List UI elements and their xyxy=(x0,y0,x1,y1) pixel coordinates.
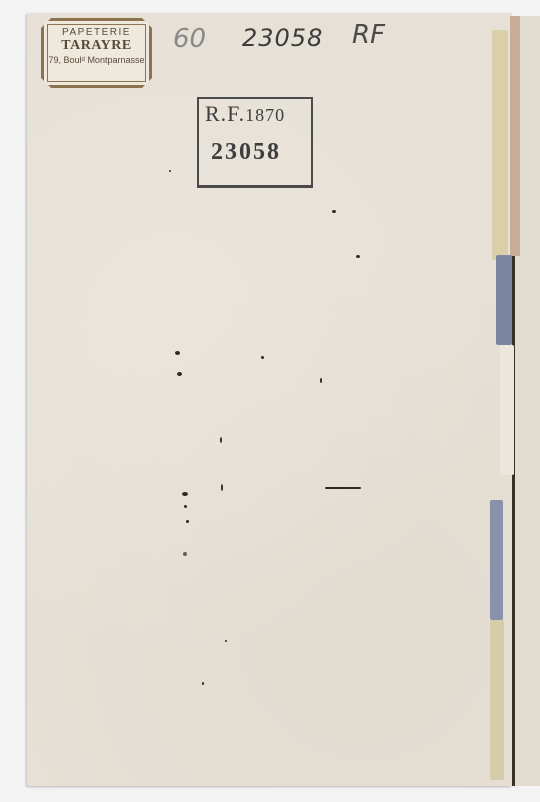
ink-speck xyxy=(221,484,223,491)
ink-speck xyxy=(202,682,204,685)
ink-speck xyxy=(220,437,222,443)
binding-tape-cream-top xyxy=(492,30,508,260)
ink-speck xyxy=(177,372,182,376)
ink-speck xyxy=(320,378,322,383)
pencil-note-number: 23058 xyxy=(242,24,323,52)
binding-tape-blue-bottom xyxy=(490,500,503,620)
ink-speck xyxy=(183,552,187,556)
ink-speck xyxy=(261,356,264,359)
ink-speck xyxy=(169,170,171,172)
inventory-stamp: R.F.1870 23058 xyxy=(197,97,313,188)
binding-tape-torn xyxy=(500,345,514,475)
stamp-year: 1870 xyxy=(245,105,285,125)
ink-speck xyxy=(225,640,227,642)
ink-speck xyxy=(332,210,336,213)
stamp-number: 23058 xyxy=(211,139,281,166)
stamp-header: R.F.1870 xyxy=(205,101,285,127)
ink-speck xyxy=(175,351,180,355)
ink-speck xyxy=(356,255,360,258)
pencil-note-60: 60 xyxy=(173,24,206,54)
binding-tape-blue-top xyxy=(496,255,512,345)
binding-tape-cream-bottom xyxy=(490,620,504,780)
ink-speck xyxy=(182,492,188,496)
stamp-prefix: R.F. xyxy=(205,101,245,126)
label-inner-border xyxy=(47,24,146,82)
ink-speck xyxy=(184,505,187,508)
spine-cloth xyxy=(510,16,520,256)
ink-speck xyxy=(186,520,189,523)
pencil-note-rf: RF xyxy=(352,20,385,50)
ink-speck xyxy=(325,487,361,489)
stationer-label: PAPETERIE TARAYRE 79, Boulᵈ Montparnasse xyxy=(41,18,152,88)
